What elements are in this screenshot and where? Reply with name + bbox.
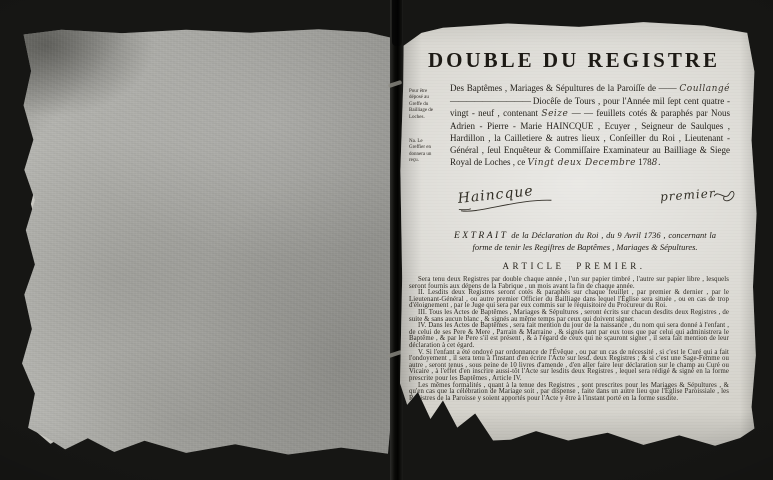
signature-row: Haincque premier xyxy=(406,184,742,220)
handwritten-parish-name: Coullangé xyxy=(679,84,730,94)
printed-content: DOUBLE DU REGISTRE Pour être déposé au G… xyxy=(400,20,758,450)
handwritten-year-digit: 8. xyxy=(652,158,662,168)
ruled-blank-line: —————————— xyxy=(450,96,530,106)
book-binding xyxy=(390,0,403,480)
margin-note-deposit: Pour être déposé au Greffe du Bailliage … xyxy=(409,89,450,122)
articles-body: Sera tenu deux Registres par double chaq… xyxy=(406,277,742,402)
printed-year: 178 xyxy=(638,157,652,167)
paper-grain xyxy=(16,28,394,458)
extrait-lead: EXTRAIT xyxy=(454,231,508,241)
left-blank-page xyxy=(16,28,394,458)
article-paragraph-6: Les mêmes formalités , quant à la tenue … xyxy=(409,383,729,403)
article-paragraph-5: V. Si l'enfant a été ondoyé par ordonnan… xyxy=(409,350,729,383)
intro-paragraph: Des Baptêmes , Mariages & Sépultures de … xyxy=(450,82,742,182)
margin-note-receipt: Na. Le Greffier en donnera un reçu. xyxy=(409,139,450,165)
signature-text: premier xyxy=(660,186,716,204)
book-spread: DOUBLE DU REGISTRE Pour être déposé au G… xyxy=(0,0,773,480)
photo-background: { "right_page": { "title": "DOUBLE DU RE… xyxy=(0,0,773,480)
margin-notes: Pour être déposé au Greffe du Bailliage … xyxy=(406,82,450,182)
extrait-paragraph: EXTRAIT de la Déclaration du Roi , du 9 … xyxy=(406,230,742,252)
handwritten-date: Vingt deux Decembre xyxy=(527,158,635,168)
signature-paraph-icon xyxy=(712,186,739,208)
spine-tab xyxy=(392,0,402,46)
signature-premier: premier xyxy=(660,186,716,204)
signature-haincque: Haincque xyxy=(457,181,555,216)
right-printed-page: DOUBLE DU REGISTRE Pour être déposé au G… xyxy=(400,20,758,450)
article-paragraph-4: IV. Dans les Actes de Baptêmes , sera fa… xyxy=(409,323,729,349)
article-premier-heading: ARTICLE PREMIER. xyxy=(406,261,742,271)
intro-section: Pour être déposé au Greffe du Bailliage … xyxy=(406,82,742,182)
handwritten-folio-count: Seize xyxy=(541,109,568,119)
page-title: DOUBLE DU REGISTRE xyxy=(406,48,742,73)
article-paragraph-2: II. Lesdits deux Registres seront cotés … xyxy=(409,290,729,310)
extrait-text: de la Déclaration du Roi , du 9 Avril 17… xyxy=(472,230,716,252)
printed-segment: Des Baptêmes , Mariages & Sépultures de … xyxy=(450,83,677,93)
